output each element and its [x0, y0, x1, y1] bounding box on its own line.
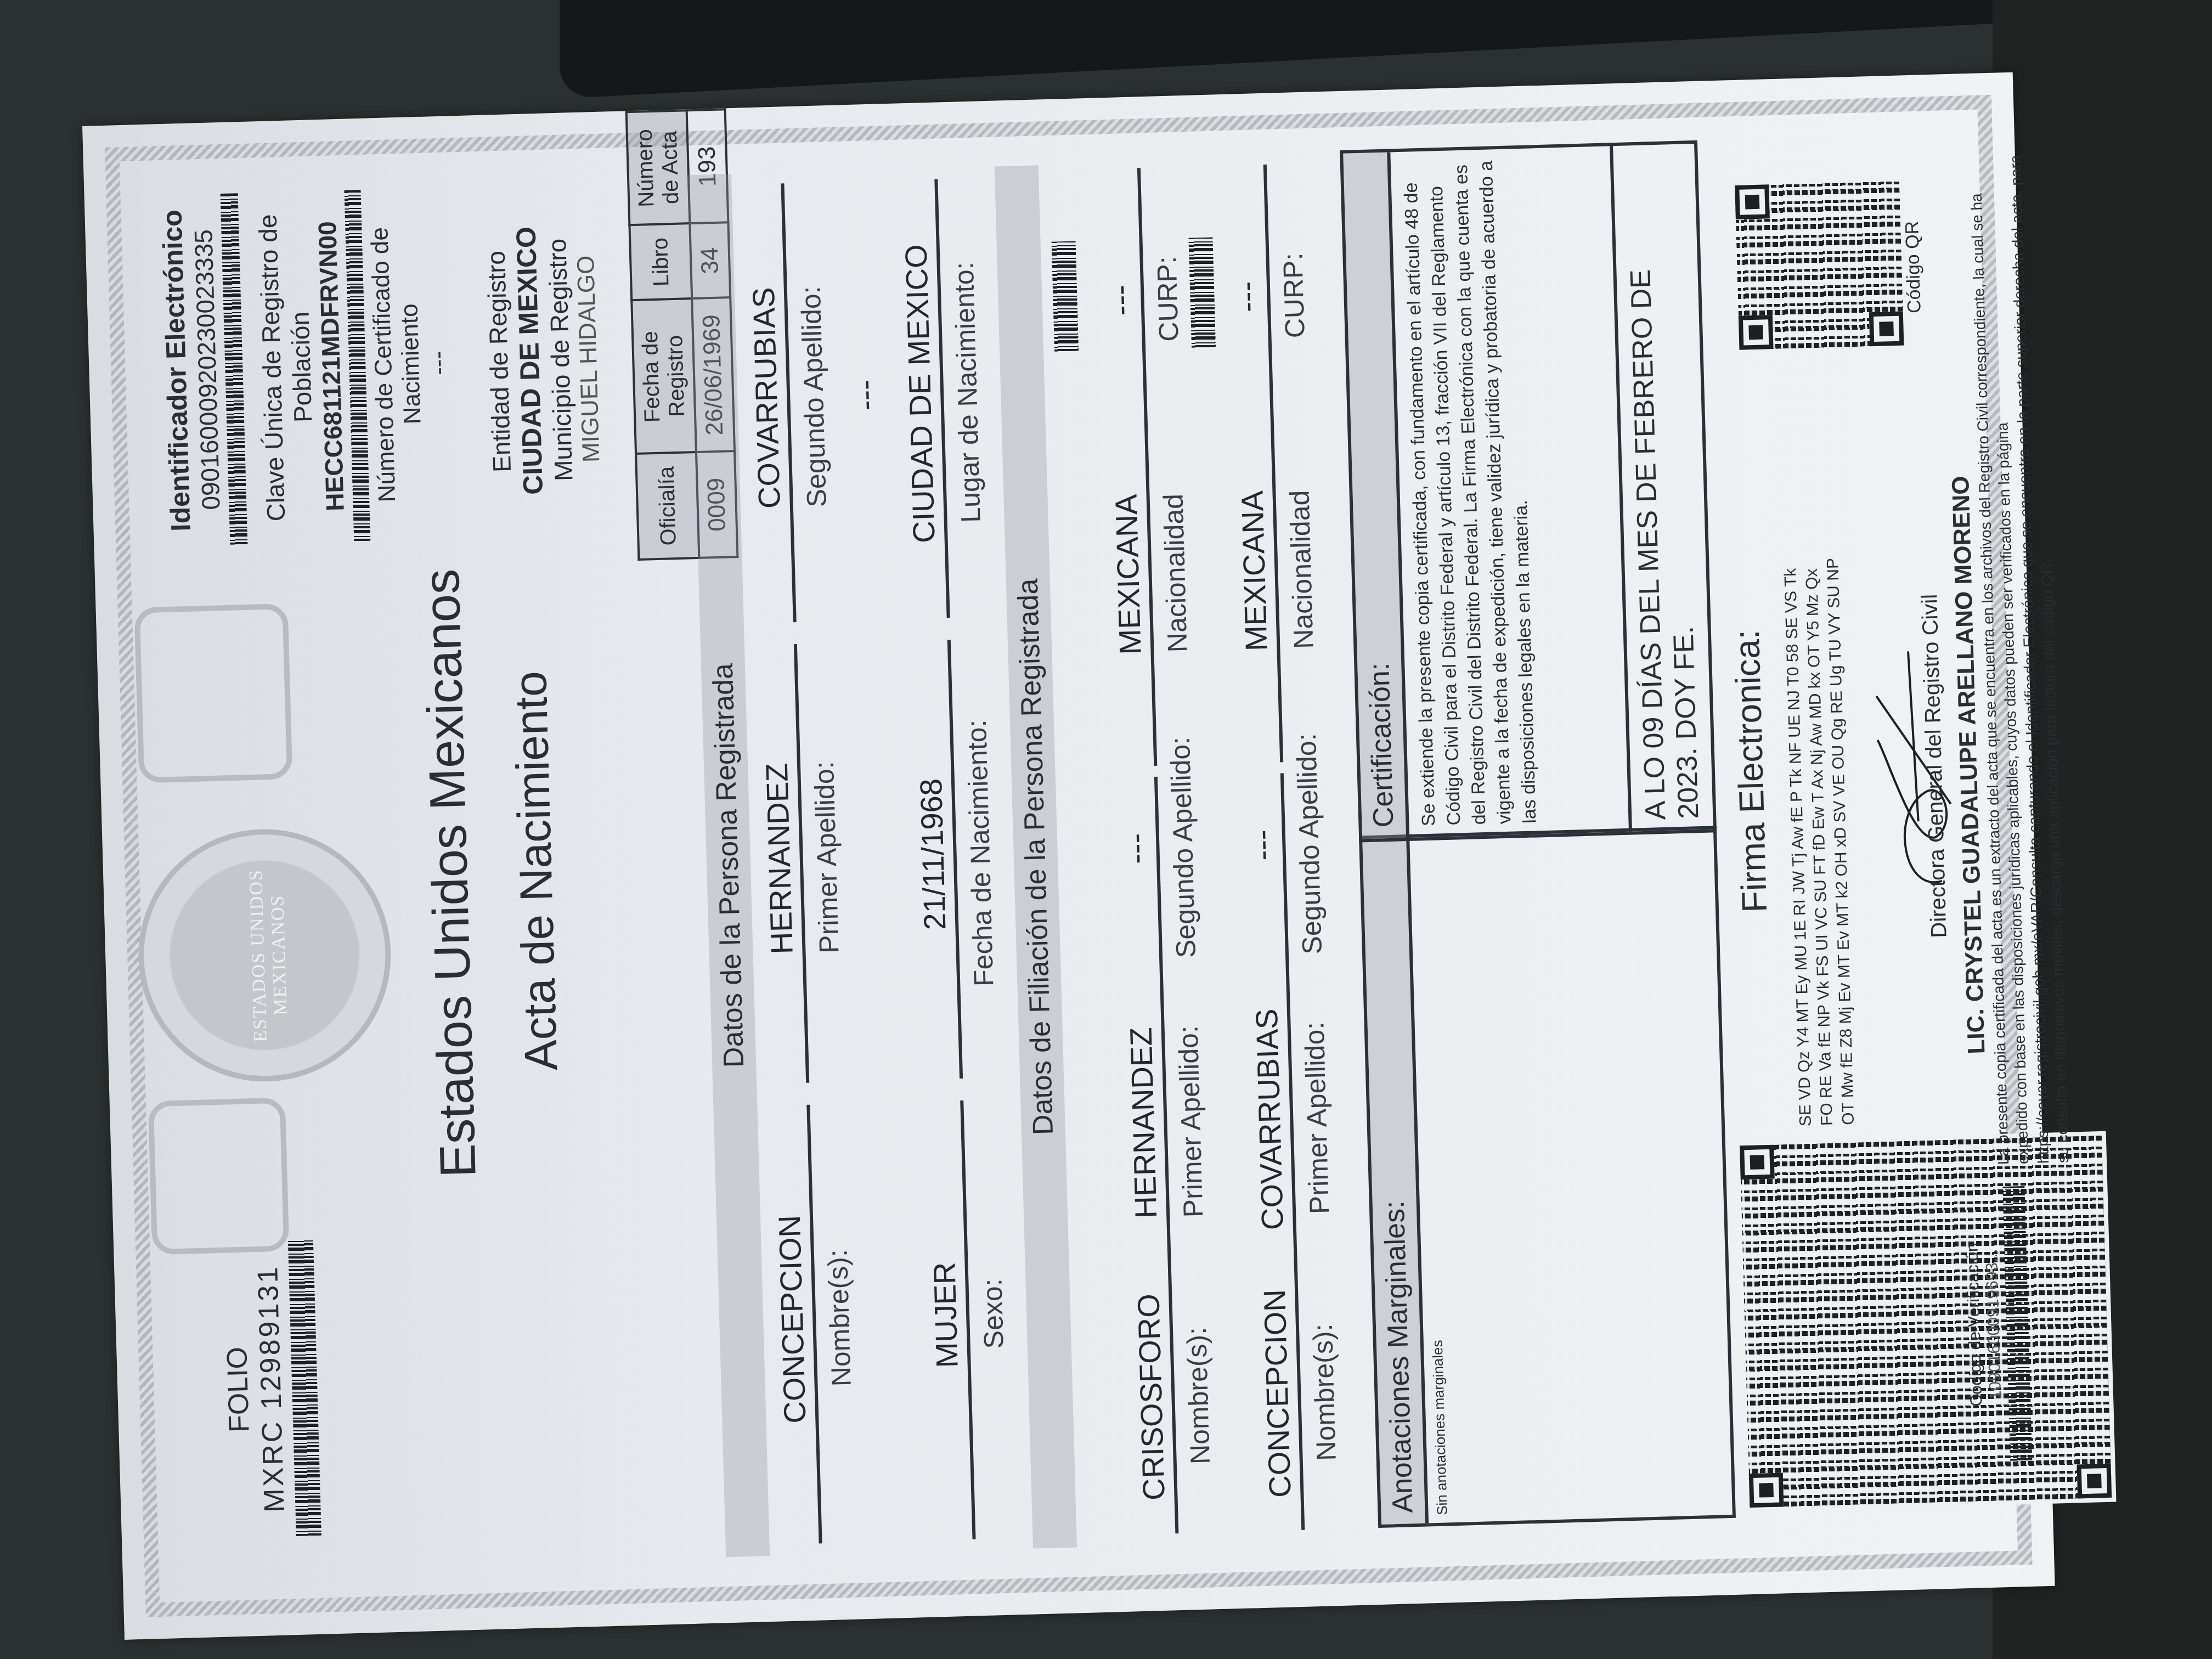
curp-label: Clave Única de Registro de Población — [251, 169, 321, 566]
small-qr-code[interactable] — [1730, 176, 1909, 354]
qr-finder — [1740, 1145, 1775, 1180]
madre-nombre: CONCEPCION — [1255, 1256, 1299, 1531]
certificacion-box: Certificación: Se extiende la presente c… — [1340, 140, 1717, 843]
madre-nacionalidad: MEXICANA — [1233, 433, 1276, 709]
padre-nombre: CRISOSFORO — [1129, 1260, 1172, 1535]
header-numero-acta: Número de Acta — [627, 110, 690, 225]
header-fecha-registro: Fecha de Registro — [631, 298, 696, 454]
qr-label: Código QR — [1900, 184, 1926, 349]
header-libro: Libro — [629, 224, 692, 301]
header-oficialia: Oficialía — [636, 452, 699, 559]
folio-block: FOLIO MXRC 12989131 — [218, 1234, 322, 1544]
padre-curp-barcode — [1052, 241, 1079, 352]
qr-finder — [1749, 1472, 1784, 1508]
madre-curp: --- — [1225, 159, 1268, 435]
qr-finder — [1869, 311, 1904, 346]
madre-primer-apellido: COVARRUBIAS — [1248, 981, 1291, 1257]
anotaciones-box: Anotaciones Marginales: Sin anotaciones … — [1359, 826, 1736, 1528]
qr-finder — [1735, 184, 1770, 219]
certificacion-text: Se extiende la presente copia certificad… — [1390, 148, 1550, 838]
certificacion-date: A LO 09 DÍAS DEL MES DE FEBRERO DE 2023.… — [1610, 144, 1713, 832]
padre-segundo-apellido: --- — [1114, 711, 1158, 986]
registration-place: Entidad de Registro CIUDAD DE MEXICO Mun… — [478, 161, 608, 560]
birth-certificate: ESTADOS UNIDOS MEXICANOS FOLIO MXRC 1298… — [82, 72, 2055, 1640]
padre-curp: --- — [1099, 162, 1142, 438]
qr-finder — [1739, 315, 1774, 350]
madre-curp-barcode — [1188, 238, 1216, 348]
aztec-ornament-right — [134, 603, 293, 783]
aztec-ornament-left — [148, 1097, 290, 1255]
seal-text: ESTADOS UNIDOS MEXICANOS — [245, 834, 293, 1076]
padre-nacionalidad: MEXICANA — [1107, 437, 1150, 712]
paper-sheet: ESTADOS UNIDOS MEXICANOS FOLIO MXRC 1298… — [82, 72, 2055, 1640]
padre-primer-apellido: HERNANDEZ — [1122, 985, 1165, 1261]
madre-segundo-apellido: --- — [1240, 708, 1283, 983]
